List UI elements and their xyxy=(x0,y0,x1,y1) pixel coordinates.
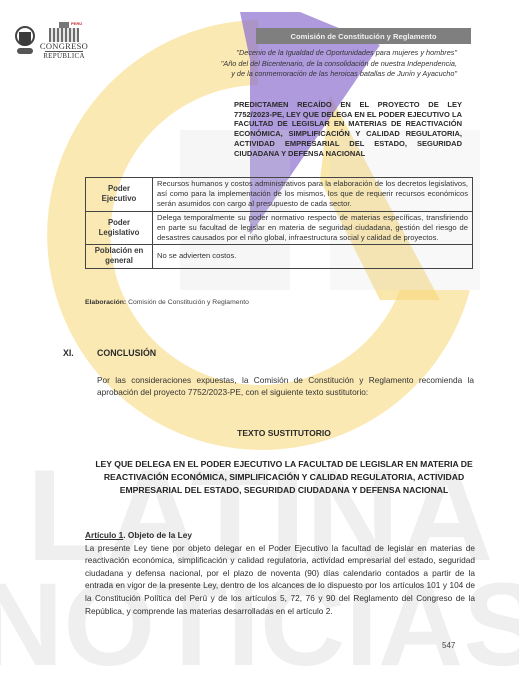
section-number: XI. xyxy=(63,348,97,358)
table-source: Elaboración: Comisión de Constitución y … xyxy=(85,299,249,306)
logo-line-2: REPÚBLICA xyxy=(43,52,85,60)
page-number: 547 xyxy=(442,641,455,650)
actor-cell: Poder Legislativo xyxy=(86,211,153,245)
header-logos: PERÚ CONGRESO REPÚBLICA xyxy=(14,22,84,60)
predictamen-title: PREDICTAMEN RECAÍDO EN EL PROYECTO DE LE… xyxy=(234,100,462,158)
article-label: Artículo 1 xyxy=(85,530,123,540)
article-heading: Artículo 1. Objeto de la Ley xyxy=(85,529,475,542)
actor-cell: Población en general xyxy=(86,245,153,268)
motto-line: "Decenio de la Igualdad de Oportunidades… xyxy=(221,48,457,59)
motto-line: y de la conmemoración de las heroicas ba… xyxy=(221,69,457,80)
law-title: LEY QUE DELEGA EN EL PODER EJECUTIVO LA … xyxy=(82,458,486,497)
article-body: La presente Ley tiene por objeto delegar… xyxy=(85,542,475,618)
logo-line-1: CONGRESO xyxy=(40,42,88,51)
congress-building-icon: PERÚ xyxy=(49,22,79,42)
texto-sustitutorio-heading: TEXTO SUSTITUTORIO xyxy=(85,428,483,438)
source-value: Comisión de Constitución y Reglamento xyxy=(128,299,249,306)
description-cell: No se advierten costos. xyxy=(153,245,473,268)
section-heading: XI. CONCLUSIÓN xyxy=(63,348,156,358)
source-label: Elaboración: xyxy=(85,299,126,306)
cost-table: Poder Ejecutivo Recursos humanos y costo… xyxy=(85,177,473,269)
conclusion-paragraph: Por las consideraciones expuestas, la Co… xyxy=(97,374,474,398)
motto-line: "Año del del Bicentenario, de la consoli… xyxy=(221,59,457,70)
document-page: PERÚ CONGRESO REPÚBLICA Comisión de Cons… xyxy=(0,0,519,683)
section-title: CONCLUSIÓN xyxy=(97,348,156,358)
article-title: . Objeto de la Ley xyxy=(123,530,192,540)
description-cell: Delega temporalmente su poder normativo … xyxy=(153,211,473,245)
table-row: Poder Legislativo Delega temporalmente s… xyxy=(86,211,473,245)
congreso-logo: PERÚ CONGRESO REPÚBLICA xyxy=(44,22,84,60)
peru-coat-of-arms-icon xyxy=(14,26,36,56)
description-cell: Recursos humanos y costos administrativo… xyxy=(153,178,473,212)
table-row: Poder Ejecutivo Recursos humanos y costo… xyxy=(86,178,473,212)
table-row: Población en general No se advierten cos… xyxy=(86,245,473,268)
commission-banner: Comisión de Constitución y Reglamento xyxy=(256,28,471,44)
actor-cell: Poder Ejecutivo xyxy=(86,178,153,212)
article-1: Artículo 1. Objeto de la Ley La presente… xyxy=(85,529,475,617)
official-mottos: "Decenio de la Igualdad de Oportunidades… xyxy=(221,48,457,80)
